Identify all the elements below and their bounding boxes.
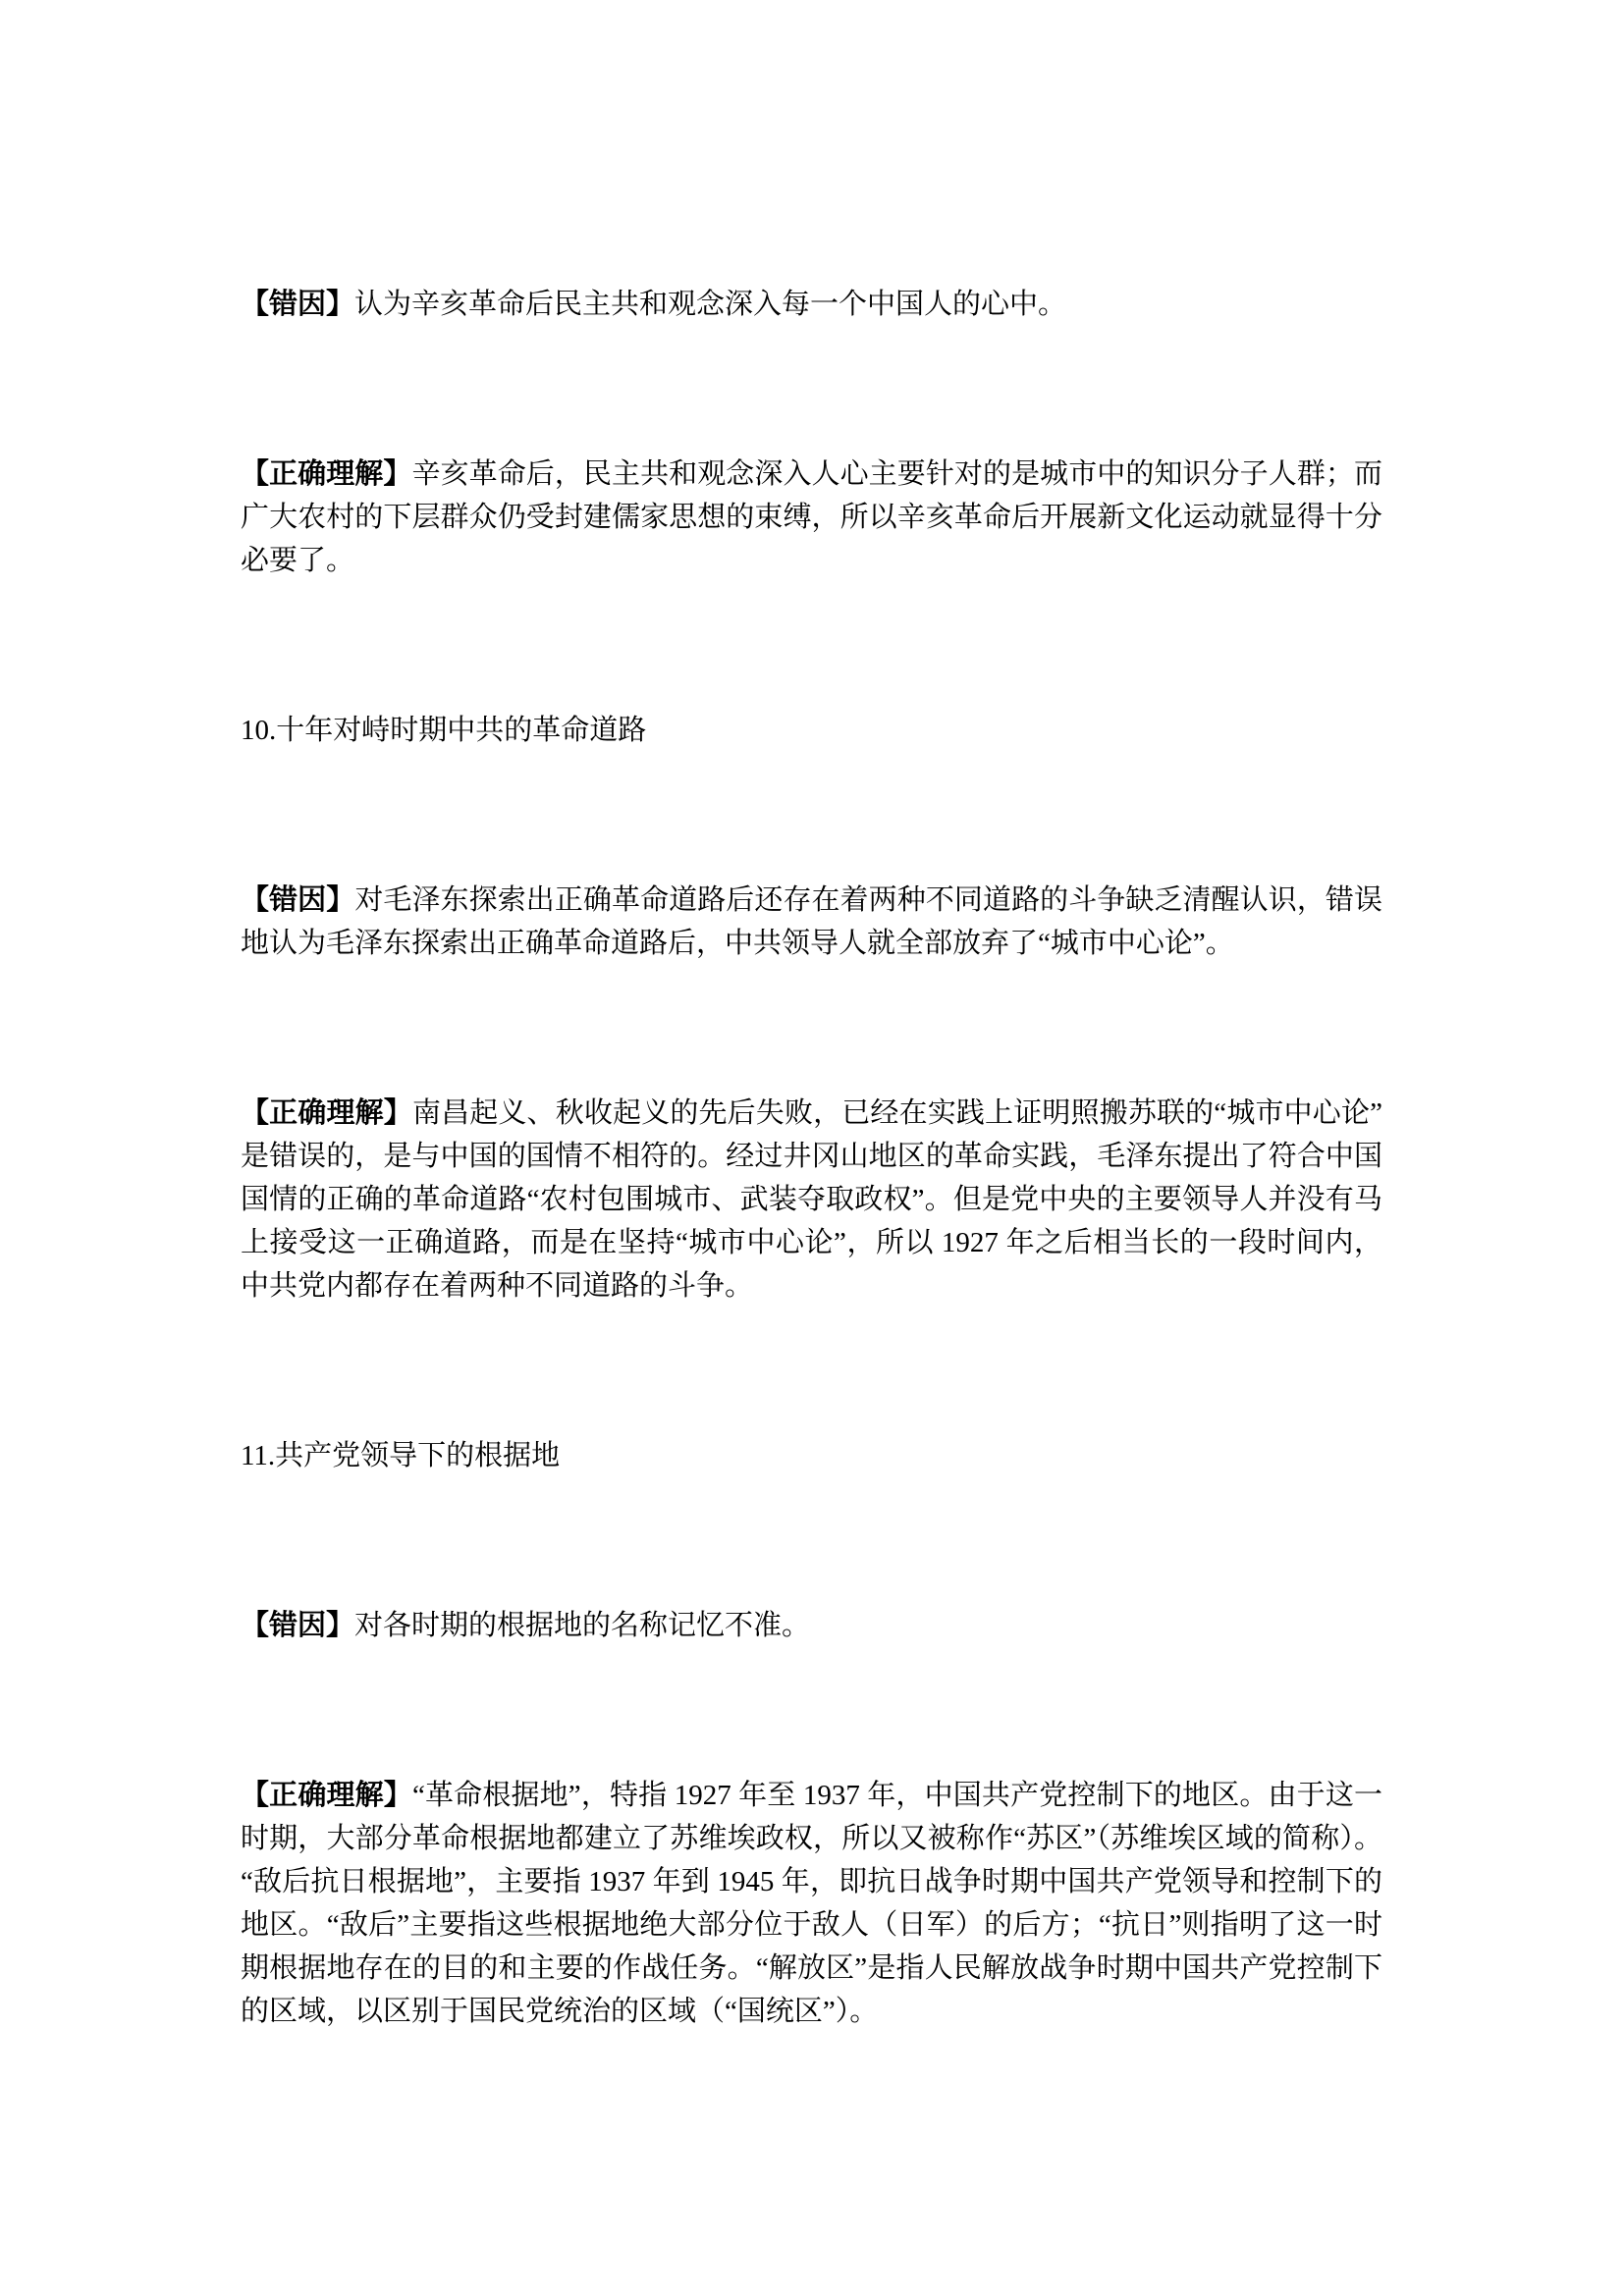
para-mistake-base-areas: 【错因】对各时期的根据地的名称记忆不准。	[241, 1604, 1382, 1647]
para-text: 辛亥革命后，民主共和观念深入人心主要针对的是城市中的知识分子人群；而广大农村的下…	[241, 458, 1382, 576]
para-correct-base-areas: 【正确理解】“革命根据地”，特指 1927 年至 1937 年，中国共产党控制下…	[241, 1774, 1382, 2033]
para-text: 对毛泽东探索出正确革命道路后还存在着两种不同道路的斗争缺乏清醒认识，错误地认为毛…	[241, 884, 1382, 959]
para-mistake-xinhai: 【错因】认为辛亥革命后民主共和观念深入每一个中国人的心中。	[241, 283, 1382, 326]
para-text: 南昌起义、秋收起义的先后失败，已经在实践上证明照搬苏联的“城市中心论”是错误的，…	[241, 1097, 1382, 1302]
correct-label: 【正确理解】	[241, 458, 411, 490]
mistake-label: 【错因】	[241, 289, 354, 320]
para-text: “革命根据地”，特指 1927 年至 1937 年，中国共产党控制下的地区。由于…	[241, 1780, 1382, 2027]
correct-label: 【正确理解】	[241, 1780, 412, 1811]
para-correct-revolution-road: 【正确理解】南昌起义、秋收起义的先后失败，已经在实践上证明照搬苏联的“城市中心论…	[241, 1092, 1382, 1308]
document-page: 【错因】认为辛亥革命后民主共和观念深入每一个中国人的心中。 【正确理解】辛亥革命…	[0, 0, 1624, 2296]
mistake-label: 【错因】	[241, 884, 354, 916]
correct-label: 【正确理解】	[241, 1097, 412, 1129]
para-text: 对各时期的根据地的名称记忆不准。	[354, 1610, 810, 1641]
heading-topic-10: 10.十年对峙时期中共的革命道路	[241, 709, 1382, 752]
heading-topic-11: 11.共产党领导下的根据地	[241, 1434, 1382, 1477]
para-correct-xinhai: 【正确理解】辛亥革命后，民主共和观念深入人心主要针对的是城市中的知识分子人群；而…	[241, 453, 1382, 582]
para-mistake-revolution-road: 【错因】对毛泽东探索出正确革命道路后还存在着两种不同道路的斗争缺乏清醒认识，错误…	[241, 879, 1382, 965]
mistake-label: 【错因】	[241, 1610, 354, 1641]
para-text: 认为辛亥革命后民主共和观念深入每一个中国人的心中。	[354, 289, 1066, 320]
